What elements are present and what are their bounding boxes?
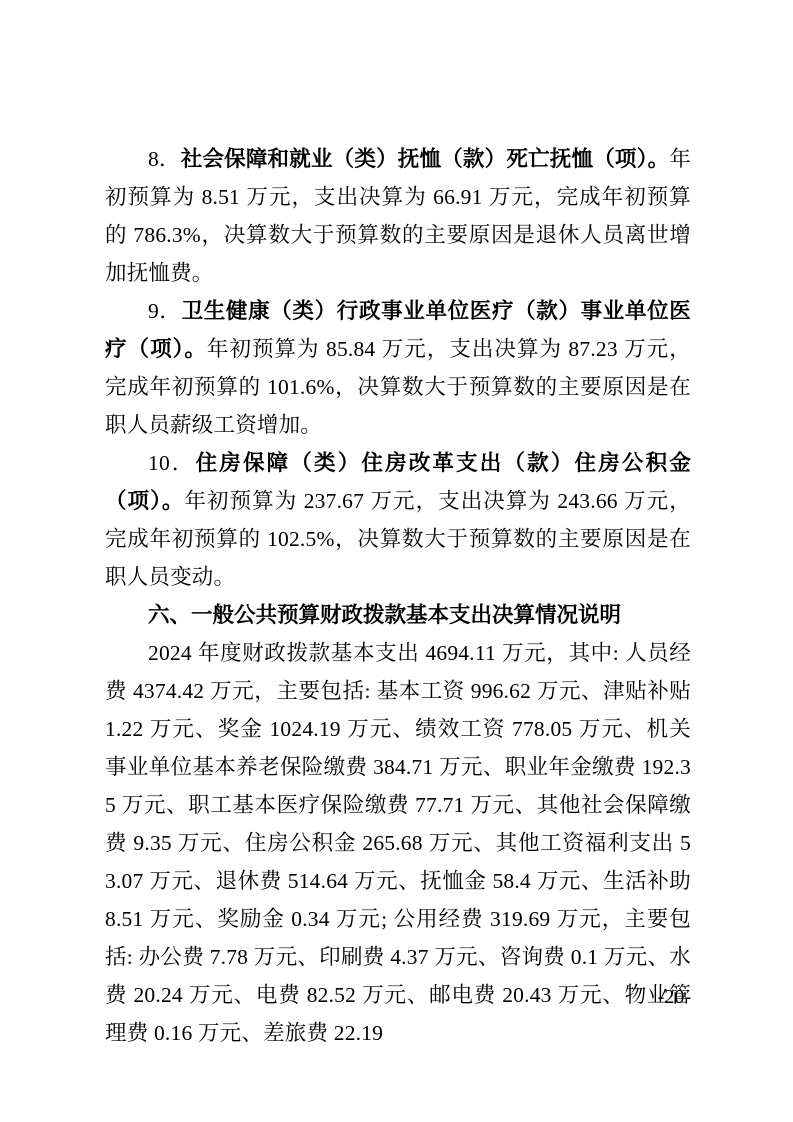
item-9-number: 9． — [148, 299, 182, 323]
item-10-body: 年初预算为 237.67 万元，支出决算为 243.66 万元，完成年初预算的 … — [105, 489, 691, 589]
item-10-number: 10． — [148, 451, 196, 475]
item-8-number: 8． — [148, 147, 181, 171]
page-content: 8．社会保障和就业（类）抚恤（款）死亡抚恤（项）。年初预算为 8.51 万元，支… — [105, 140, 691, 1052]
item-8-title: 社会保障和就业（类）抚恤（款）死亡抚恤（项）。 — [181, 147, 670, 171]
document-page: 8．社会保障和就业（类）抚恤（款）死亡抚恤（项）。年初预算为 8.51 万元，支… — [0, 0, 793, 1122]
page-number: -20- — [0, 984, 691, 1010]
budget-item-8: 8．社会保障和就业（类）抚恤（款）死亡抚恤（项）。年初预算为 8.51 万元，支… — [105, 140, 691, 292]
section-six-heading: 六、一般公共预算财政拨款基本支出决算情况说明 — [105, 596, 691, 634]
budget-item-10: 10．住房保障（类）住房改革支出（款）住房公积金（项）。年初预算为 237.67… — [105, 444, 691, 596]
budget-item-9: 9．卫生健康（类）行政事业单位医疗（款）事业单位医疗（项）。年初预算为 85.8… — [105, 292, 691, 444]
